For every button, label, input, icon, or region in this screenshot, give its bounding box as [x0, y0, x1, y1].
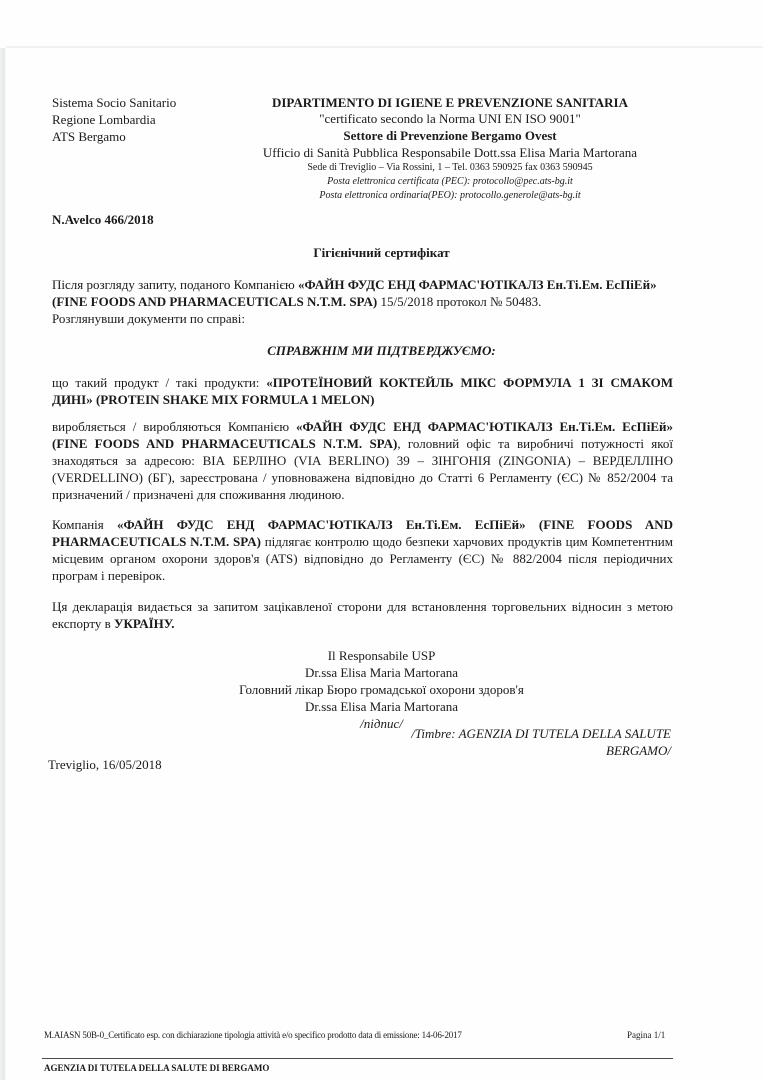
export-country: УКРАЇНУ.: [114, 616, 174, 631]
signatory-name: Dr.ssa Elisa Maria Martorana: [0, 664, 763, 681]
department-name: DIPARTIMENTO DI IGIENE E PREVENZIONE SAN…: [220, 94, 680, 111]
control-prefix: Компанія: [52, 517, 117, 532]
sector-name: Settore di Prevenzione Bergamo Ovest: [220, 127, 680, 144]
place-date: Treviglio, 16/05/2018: [48, 757, 162, 773]
document-page: Sistema Socio Sanitario Regione Lombardi…: [0, 0, 763, 1080]
request-prefix: Після розгляду запиту, поданого Компаніє…: [52, 277, 298, 292]
stamp-line: BERGAMO/: [411, 742, 671, 759]
issuer-block: Sistema Socio Sanitario Regione Lombardi…: [52, 94, 176, 145]
issuer-line: ATS Bergamo: [52, 128, 176, 145]
certification-note: "certificato secondo la Norma UNI EN ISO…: [220, 111, 680, 127]
manufacturer-paragraph: виробляється / виробляються Компанією «Ф…: [52, 418, 673, 503]
stamp-note: /Timbre: AGENZIA DI TUTELA DELLA SALUTE …: [411, 725, 671, 759]
signature-block: Il Responsabile USP Dr.ssa Elisa Maria M…: [0, 647, 763, 732]
signatory-title: Il Responsabile USP: [0, 647, 763, 664]
issuer-line: Regione Lombardia: [52, 111, 176, 128]
product-paragraph: що такий продукт / такі продукти: «ПРОТЕ…: [52, 374, 673, 408]
footer-agency: AGENZIA DI TUTELA DELLA SALUTE DI BERGAM…: [44, 1063, 269, 1073]
scan-edge-top: [6, 46, 763, 48]
document-title: Гігієнічний сертифікат: [0, 245, 763, 261]
declaration-paragraph: Ця декларація видається за запитом зацік…: [52, 598, 673, 632]
department-block: DIPARTIMENTO DI IGIENE E PREVENZIONE SAN…: [220, 94, 680, 203]
product-prefix: що такий продукт / такі продукти:: [52, 375, 266, 390]
signatory-title-translated: Головний лікар Бюро громадської охорони …: [0, 681, 763, 698]
pec-email: Posta elettronica certificata (PEC): pro…: [220, 175, 680, 189]
page-number: Pagina 1/1: [627, 1030, 665, 1040]
confirmation-heading: СПРАВЖНІМ МИ ПІДТВЕРДЖУЄМО:: [0, 343, 763, 359]
office-address: Sede di Treviglio – Via Rossini, 1 – Tel…: [220, 161, 680, 175]
issuer-line: Sistema Socio Sanitario: [52, 94, 176, 111]
manufacturer-prefix: виробляється / виробляються Компанією: [52, 419, 296, 434]
footer-divider: [42, 1058, 673, 1059]
signatory-name: Dr.ssa Elisa Maria Martorana: [0, 698, 763, 715]
stamp-line: /Timbre: AGENZIA DI TUTELA DELLA SALUTE: [411, 725, 671, 742]
control-paragraph: Компанія «ФАЙН ФУДС ЕНД ФАРМАС'ЮТІКАЛЗ Е…: [52, 516, 673, 584]
reference-number: N.Avelco 466/2018: [52, 212, 154, 228]
request-paragraph: Після розгляду запиту, поданого Компаніє…: [52, 276, 673, 327]
form-code: M.AIASN 50B-0_Certificato esp. con dichi…: [44, 1030, 462, 1040]
peo-email: Posta elettronica ordinaria(PEO): protoc…: [220, 189, 680, 203]
request-second-line: Розглянувши документи по справі:: [52, 311, 245, 326]
request-suffix: 15/5/2018 протокол № 50483.: [377, 294, 541, 309]
office-name: Ufficio di Sanità Pubblica Responsabile …: [220, 144, 680, 161]
scan-edge: [0, 48, 6, 1080]
